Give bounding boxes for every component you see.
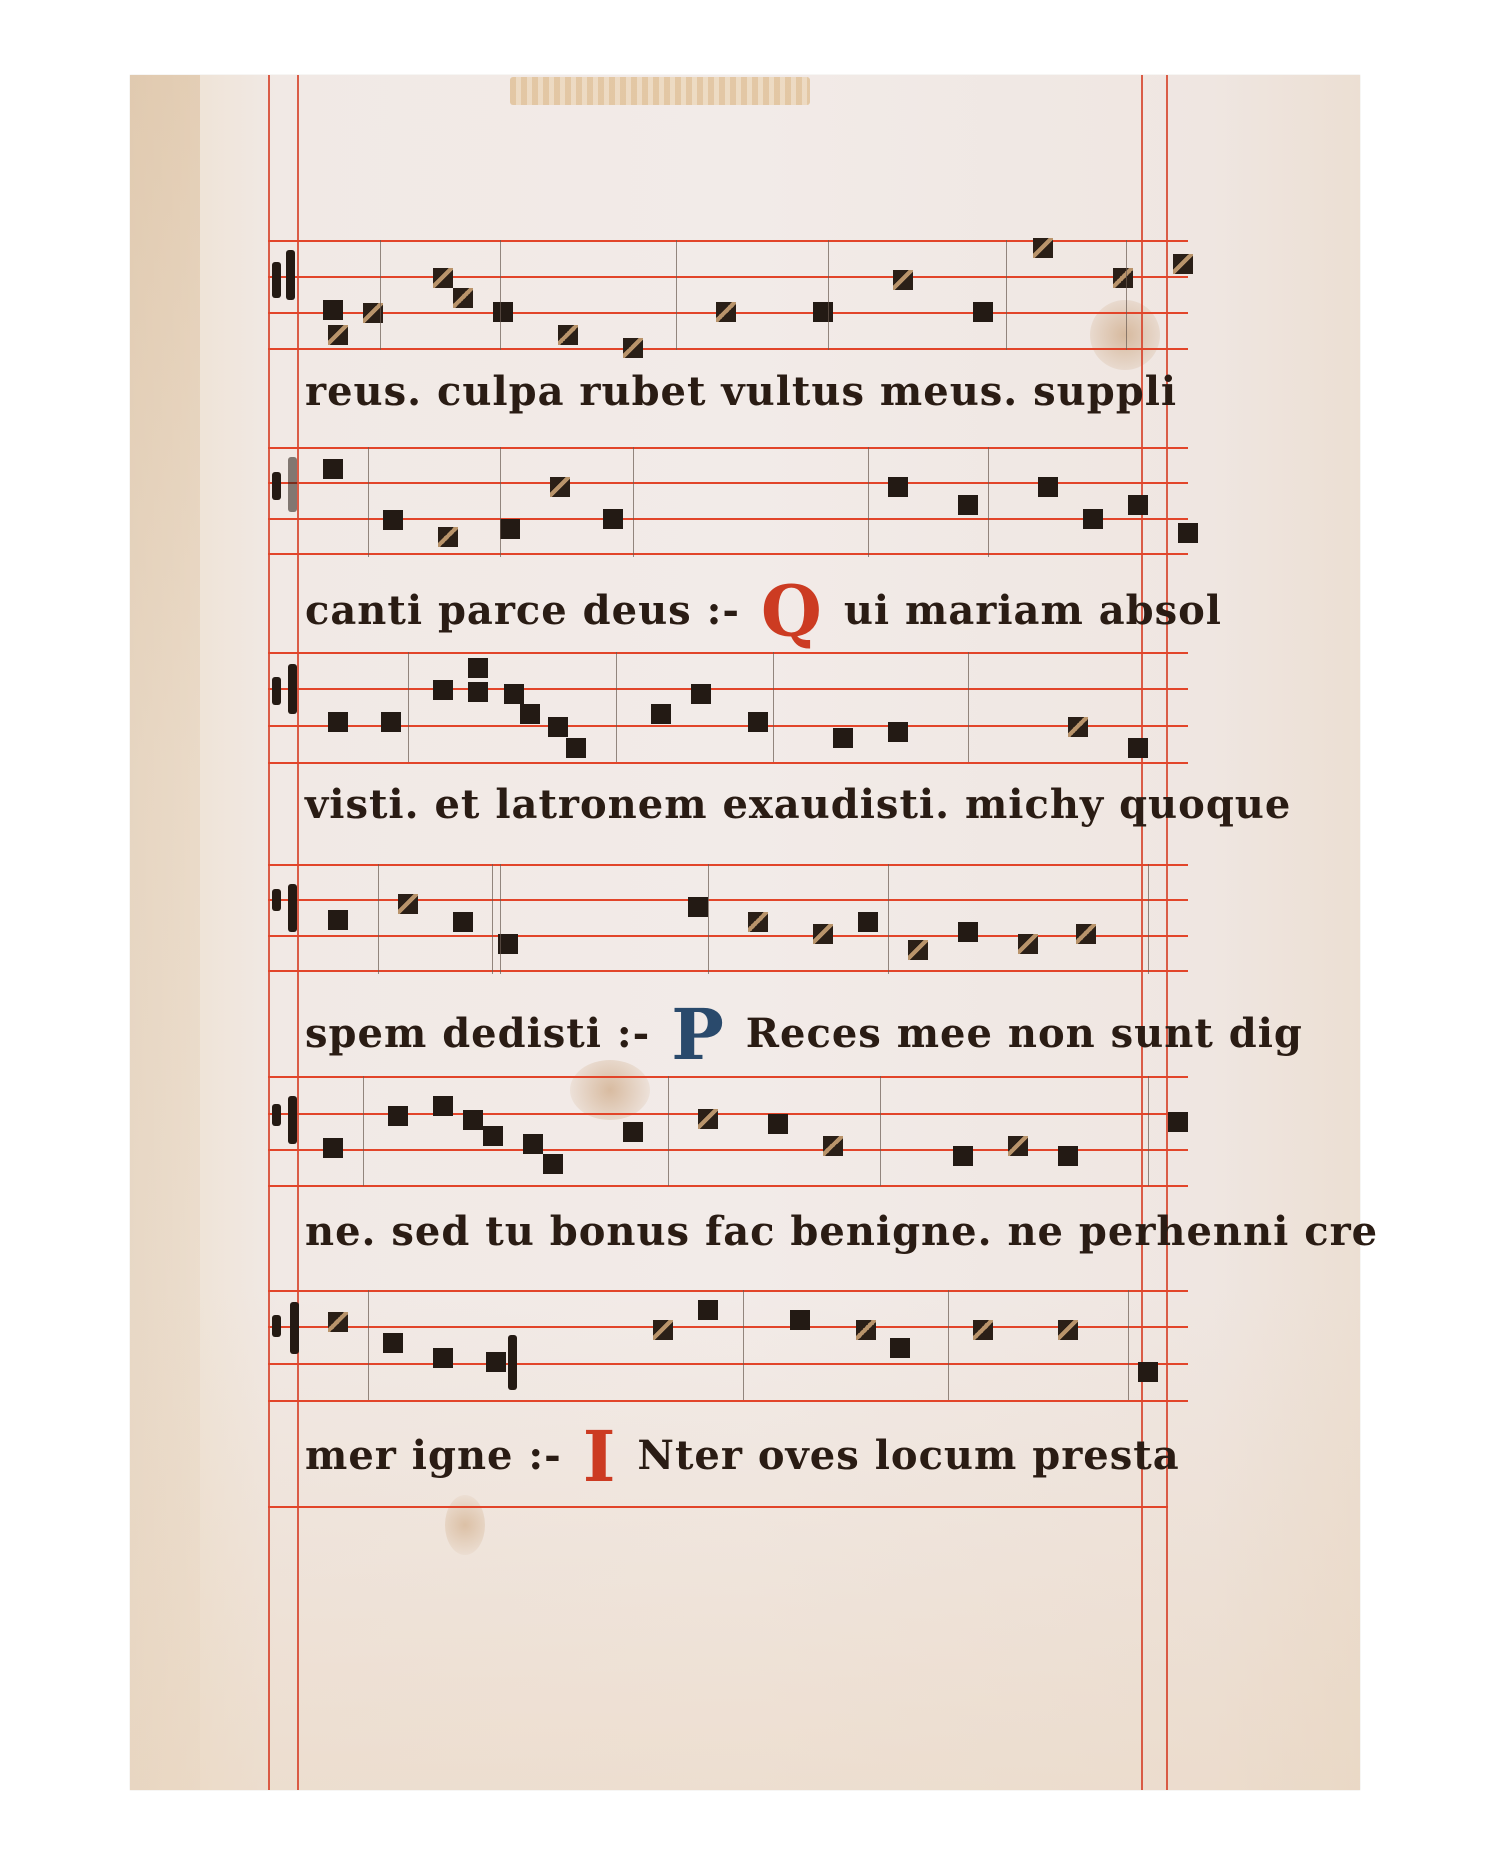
neume	[486, 1352, 506, 1372]
neume	[790, 1310, 810, 1330]
lyric-text: Reces mee non sunt dig	[746, 1010, 1303, 1057]
neume	[550, 477, 570, 497]
neume	[558, 325, 578, 345]
neume	[323, 459, 343, 479]
neume	[468, 658, 488, 678]
neume	[328, 1312, 348, 1332]
neume	[890, 1338, 910, 1358]
neume	[603, 509, 623, 529]
neume	[651, 704, 671, 724]
neume	[1038, 477, 1058, 497]
neume	[323, 1138, 343, 1158]
neume	[698, 1109, 718, 1129]
lyric-text: Nter oves locum presta	[637, 1432, 1179, 1479]
lyric-line-4: spem dedisti :- P Reces mee non sunt dig	[305, 1003, 1185, 1066]
c-clef-icon	[288, 457, 297, 512]
neume	[383, 510, 403, 530]
c-clef-icon	[272, 1315, 281, 1337]
neume	[566, 738, 586, 758]
c-clef-icon	[272, 472, 281, 500]
neume	[716, 302, 736, 322]
lyric-line-6: mer igne :- I Nter oves locum presta	[305, 1425, 1185, 1488]
music-staff-2	[268, 447, 1188, 562]
neume	[823, 1136, 843, 1156]
neume	[953, 1146, 973, 1166]
c-clef-icon	[290, 1302, 299, 1354]
neume	[833, 728, 853, 748]
neume	[1173, 254, 1193, 274]
neume	[383, 1333, 403, 1353]
decorated-initial-q: Q	[761, 580, 823, 643]
neume	[328, 712, 348, 732]
neume	[1018, 934, 1038, 954]
neume	[520, 704, 540, 724]
neume	[1033, 238, 1053, 258]
lyric-text: spem dedisti :-	[305, 1010, 650, 1057]
neume	[483, 1126, 503, 1146]
neume	[888, 722, 908, 742]
neume	[768, 1114, 788, 1134]
top-stain	[510, 77, 810, 105]
lyric-text: ui mariam absol	[844, 587, 1222, 634]
c-clef-icon	[272, 889, 281, 911]
music-staff-6	[268, 1290, 1188, 1405]
neume	[1008, 1136, 1028, 1156]
neume	[813, 924, 833, 944]
c-clef-icon	[288, 1096, 297, 1144]
neume	[398, 894, 418, 914]
neume	[433, 680, 453, 700]
lyric-line-3: visti. et latronem exaudisti. michy quoq…	[305, 785, 1185, 825]
neume	[698, 1300, 718, 1320]
stain-spot	[445, 1495, 485, 1555]
neume	[1068, 717, 1088, 737]
neume	[468, 682, 488, 702]
lyric-line-1: reus. culpa rubet vultus meus. suppli	[305, 372, 1185, 412]
neume	[688, 897, 708, 917]
c-clef-icon	[272, 677, 281, 705]
neume	[504, 684, 524, 704]
neume	[433, 268, 453, 288]
neume	[653, 1320, 673, 1340]
neume	[433, 1348, 453, 1368]
neume	[856, 1320, 876, 1340]
neume	[328, 910, 348, 930]
neume	[500, 519, 520, 539]
neume	[958, 495, 978, 515]
neume	[433, 1096, 453, 1116]
decorated-initial-p: P	[671, 1003, 725, 1066]
neume	[1083, 509, 1103, 529]
lyric-text: ne. sed tu bonus fac benigne. ne perhenn…	[305, 1208, 1378, 1255]
neume	[973, 302, 993, 322]
lyric-text: canti parce deus :-	[305, 587, 740, 634]
c-clef-icon	[288, 664, 297, 714]
neume	[958, 922, 978, 942]
neume	[908, 940, 928, 960]
neume	[1058, 1146, 1078, 1166]
neume	[1168, 1112, 1188, 1132]
neume	[973, 1320, 993, 1340]
neume	[1178, 523, 1198, 543]
neume	[1138, 1362, 1158, 1382]
neume	[748, 912, 768, 932]
neume	[463, 1110, 483, 1130]
music-staff-3	[268, 652, 1188, 767]
c-clef-icon	[272, 262, 281, 298]
bottom-ruling	[268, 1506, 1168, 1508]
neume	[893, 270, 913, 290]
neume	[858, 912, 878, 932]
lyric-text: reus. culpa rubet vultus meus. suppli	[305, 368, 1177, 415]
music-staff-4	[268, 864, 1188, 979]
neume	[623, 338, 643, 358]
neume	[498, 934, 518, 954]
decorated-initial-i: I	[583, 1425, 617, 1488]
neume	[543, 1154, 563, 1174]
neume	[493, 302, 513, 322]
neume	[1113, 268, 1133, 288]
music-staff-1	[268, 240, 1188, 355]
lyric-line-5: ne. sed tu bonus fac benigne. ne perhenn…	[305, 1212, 1185, 1252]
c-clef-icon	[288, 884, 297, 932]
lyric-text: visti. et latronem exaudisti. michy quoq…	[305, 781, 1291, 828]
neume	[1128, 495, 1148, 515]
neume	[323, 300, 343, 320]
neume	[388, 1106, 408, 1126]
c-clef-icon	[272, 1104, 281, 1126]
neume	[523, 1134, 543, 1154]
neume	[748, 712, 768, 732]
neume	[888, 477, 908, 497]
neume	[1076, 924, 1096, 944]
lyric-line-2: canti parce deus :- Q ui mariam absol	[305, 580, 1185, 643]
neume	[623, 1122, 643, 1142]
neume	[453, 288, 473, 308]
neume	[381, 712, 401, 732]
neume	[1128, 738, 1148, 758]
neume	[813, 302, 833, 322]
custos-mark	[508, 1335, 517, 1390]
neume	[328, 325, 348, 345]
neume	[438, 527, 458, 547]
neume	[691, 684, 711, 704]
neume	[1058, 1320, 1078, 1340]
neume	[453, 912, 473, 932]
lyric-text: mer igne :-	[305, 1432, 562, 1479]
neume	[548, 717, 568, 737]
c-clef-icon	[286, 250, 295, 300]
music-staff-5	[268, 1076, 1188, 1191]
